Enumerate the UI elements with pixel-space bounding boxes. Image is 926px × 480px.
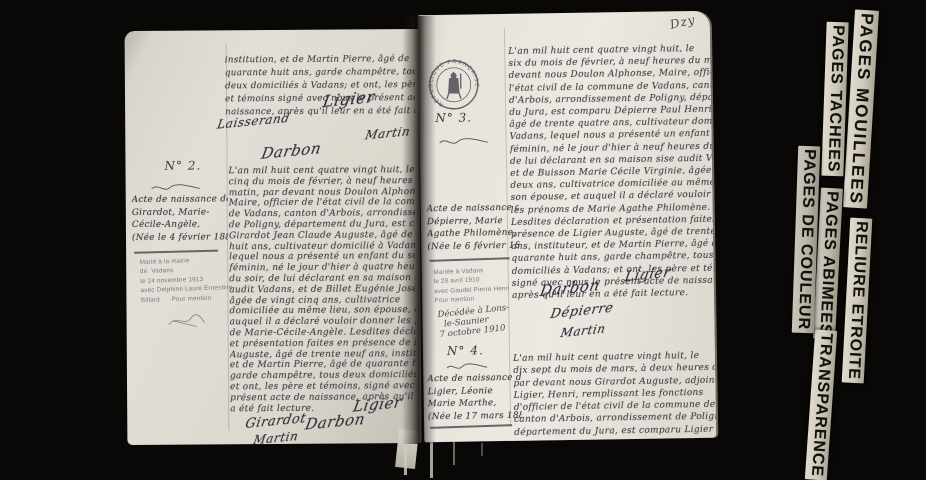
signature: Dépierre — [549, 300, 615, 322]
act-2-margin-title: Acte de naissance de Girardot, Marie- Cé… — [132, 193, 228, 244]
label-reliure-etroite: RELIURE ETROITE — [842, 218, 873, 384]
margin-underline — [430, 424, 512, 428]
act-4-number: N° 4. — [447, 343, 484, 358]
bookmark-ribbon — [404, 440, 407, 475]
act-4-body-text: L'an mil huit cent quatre vingt huit, le… — [513, 350, 716, 439]
signature: Martin — [252, 429, 300, 445]
signature: Darbon — [260, 139, 323, 163]
label-transparence: TRANSPARENCE — [805, 329, 837, 480]
margin-underline — [430, 257, 510, 261]
act-4-margin-title: Acte de naissance de Ligier, Léonie Mari… — [427, 372, 522, 423]
divider-squiggle — [150, 182, 202, 192]
act-3-body-text: L'an mil huit cent quatre vingt huit, le… — [508, 43, 714, 302]
stamp-signature-squiggle — [167, 312, 207, 328]
act-2-number: N° 2. — [164, 158, 201, 172]
marriage-mention-stamp: Marié à la mairie de Vadans le 24 novemb… — [140, 255, 230, 305]
archive-scan: institution, et de Martin Pierre, âgé de… — [0, 0, 926, 480]
right-page: Dzy RÉPUBLIQUE FRANÇAISE N° 3. Acte de n… — [418, 11, 717, 443]
left-page: institution, et de Martin Pierre, âgé de… — [125, 29, 422, 445]
divider-squiggle — [445, 362, 489, 372]
act-3-margin-title: Acte de naissance de Dépierre, Marie Aga… — [427, 202, 520, 253]
bookmark-ribbon — [453, 441, 455, 465]
divider-squiggle — [438, 136, 490, 147]
book-gutter-shadow — [402, 16, 436, 444]
label-pages-mouillees: PAGES MOUILLEES — [843, 9, 879, 208]
death-annotation: Décédée à Lons- le-Saunier 7 octobre 191… — [437, 303, 512, 340]
act-3-number: N° 3. — [435, 110, 472, 125]
signature: Martin — [559, 321, 606, 340]
folio-corner-mark: Dzy — [669, 12, 697, 31]
bookmark-ribbon — [481, 443, 483, 456]
margin-underline — [134, 250, 218, 254]
marriage-mention-stamp: Mariée à Vadans le 29 avril 1910 avec Ga… — [433, 265, 522, 306]
act-2-body-text: L'an mil huit cent quatre vingt huit, le… — [229, 165, 417, 415]
label-pages-tachees: PAGES TACHEES — [821, 22, 848, 176]
bookmark-ribbon — [430, 441, 433, 478]
act-1-closing-text: institution, et de Martin Pierre, âgé de… — [225, 53, 415, 119]
